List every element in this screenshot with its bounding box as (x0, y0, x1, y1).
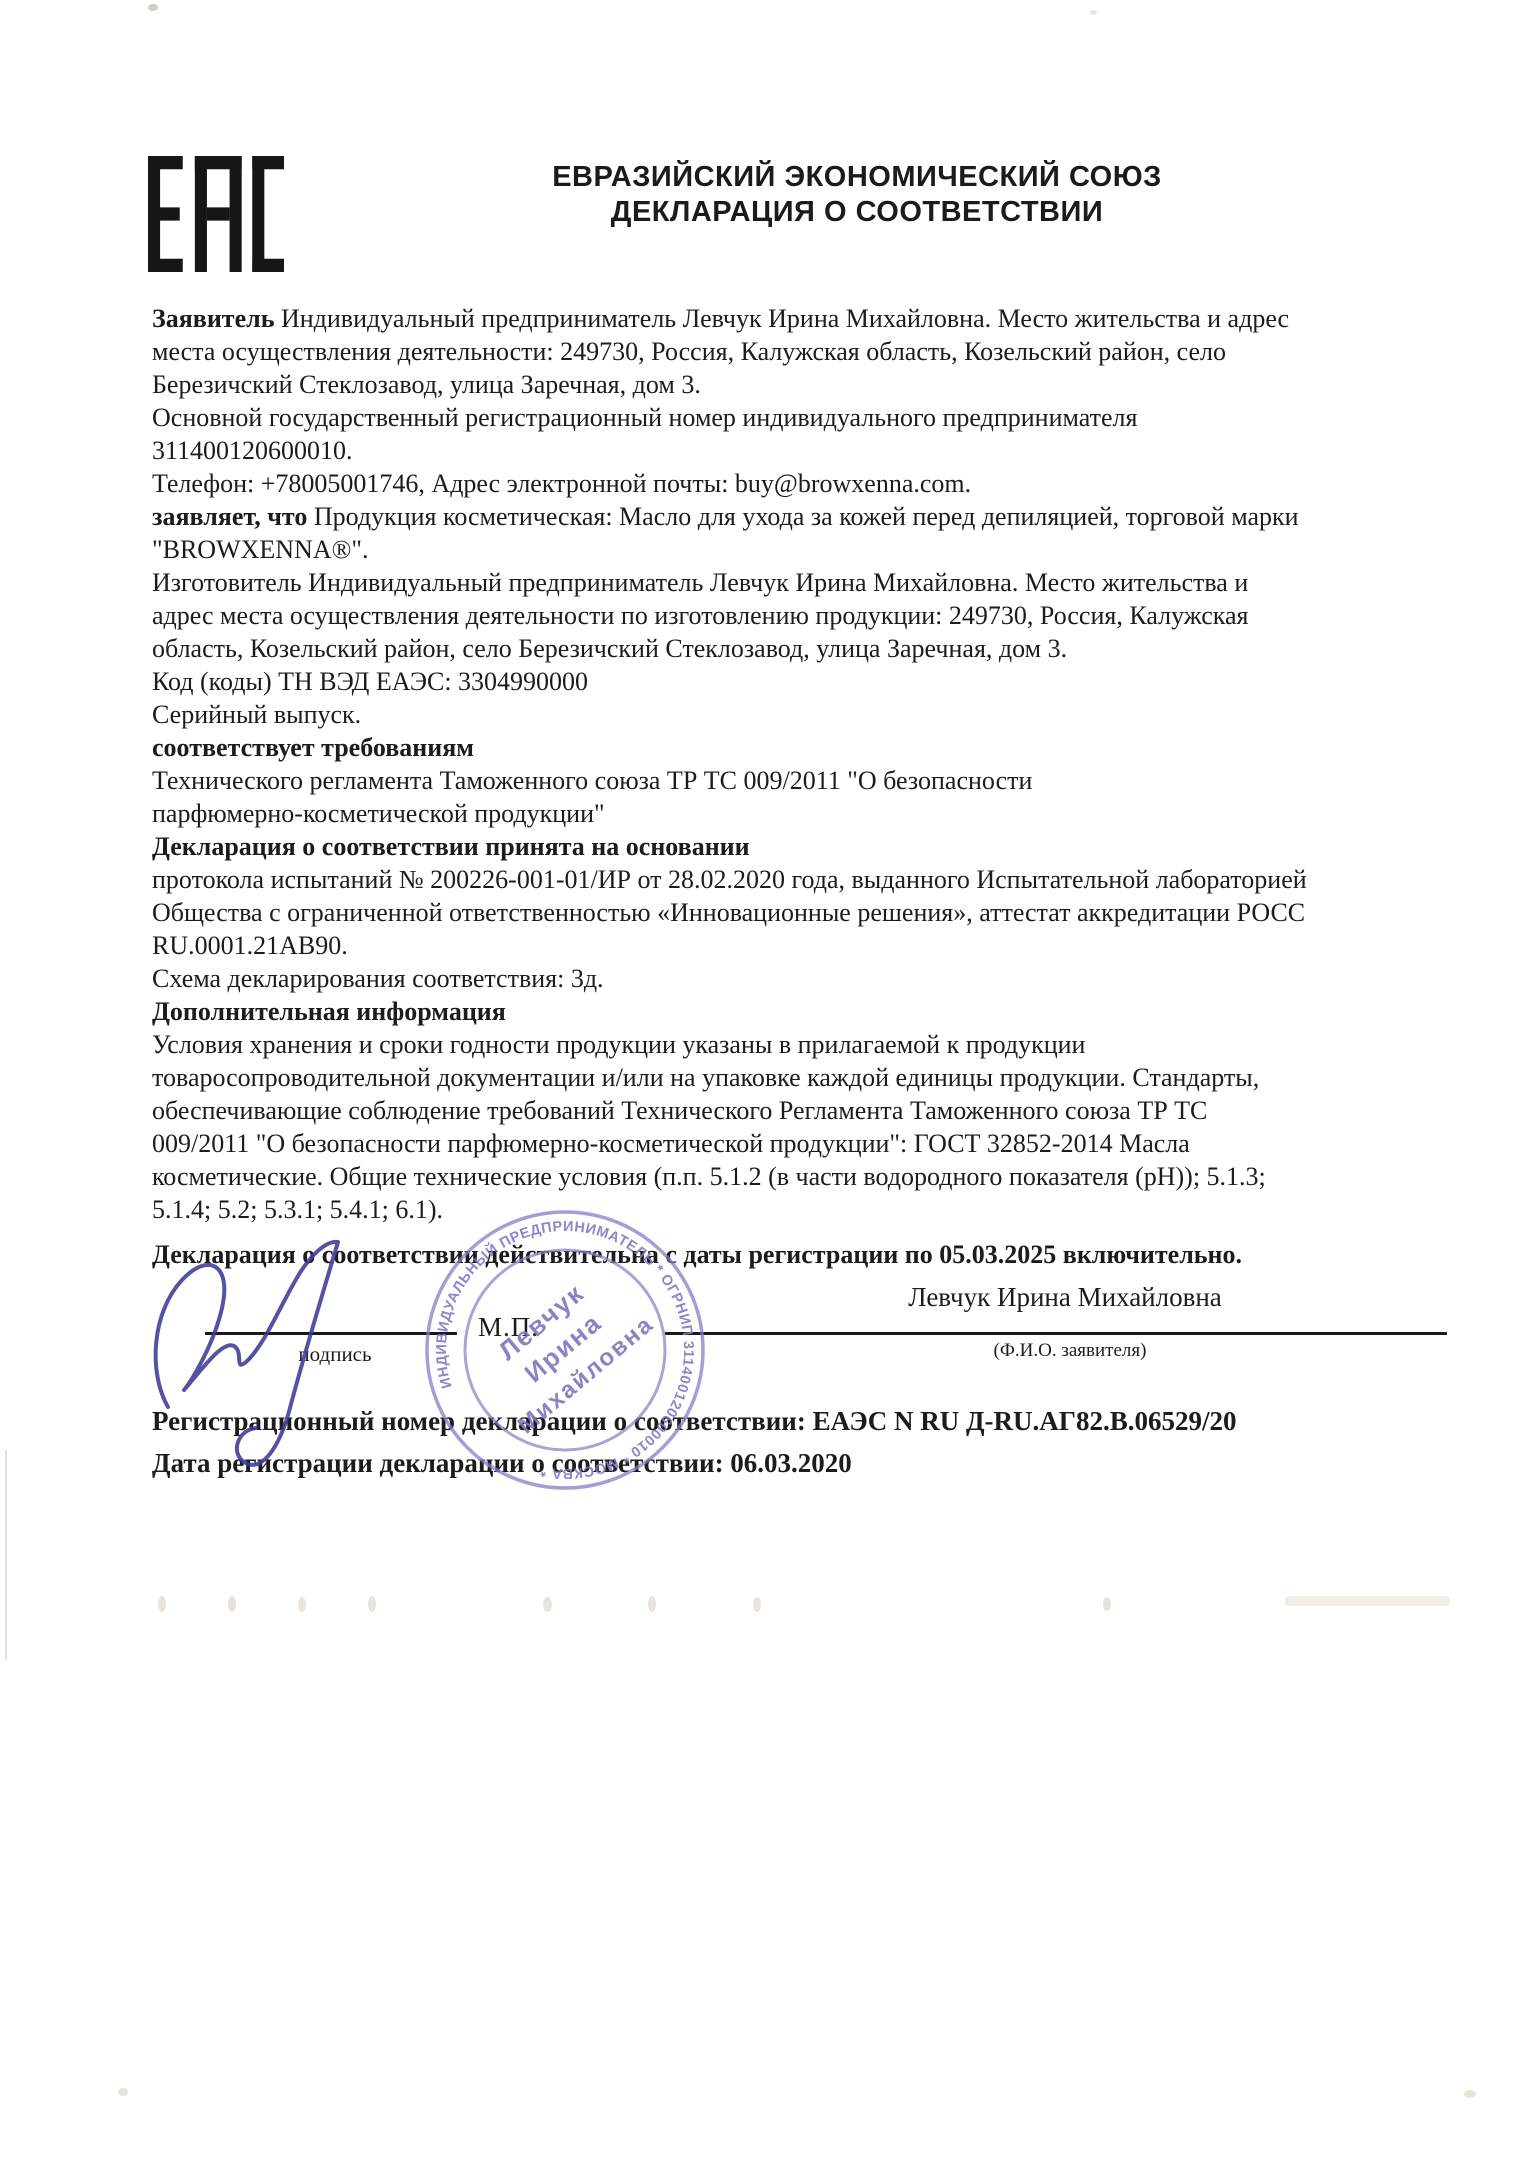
paragraph-run: Схема декларирования соответствия: 3д. (152, 964, 604, 993)
paragraph-run: Изготовитель Индивидуальный предпринимат… (152, 568, 1248, 597)
paragraph: Заявитель Индивидуальный предприниматель… (152, 302, 1424, 401)
declaration-document-page: ЕВРАЗИЙСКИЙ ЭКОНОМИЧЕСКИЙ СОЮЗ ДЕКЛАРАЦИ… (0, 0, 1526, 2160)
paragraph-run: адрес места осуществления деятельности п… (152, 601, 1249, 630)
eac-logo (148, 156, 284, 277)
signature-caption: подпись (255, 1342, 415, 1367)
paragraph-run: Технического регламента Таможенного союз… (152, 766, 1032, 795)
paragraph-run: Основной государственный регистрационный… (152, 403, 1138, 432)
paragraph-run: 5.1.4; 5.2; 5.3.1; 5.4.1; 6.1). (152, 1195, 443, 1224)
paragraph-run: Серийный выпуск. (152, 700, 361, 729)
paragraph-bold-run: Заявитель (152, 304, 281, 333)
paragraph-run: 311400120600010. (152, 436, 353, 465)
paragraph-bold-run: Декларация о соответствии принята на осн… (152, 832, 750, 861)
paragraph-run: Телефон: +78005001746, Адрес электронной… (152, 469, 971, 498)
title-line-2: ДЕКЛАРАЦИЯ О СООТВЕТСТВИИ (292, 195, 1422, 230)
paragraph-run: "BROWXENNA®". (152, 535, 368, 564)
paragraph-run: парфюмерно-косметической продукции" (152, 799, 605, 828)
paragraph: Основной государственный регистрационный… (152, 401, 1424, 467)
applicant-name-caption: (Ф.И.О. заявителя) (915, 1340, 1225, 1362)
paragraph-run: обеспечивающие соблюдение требований Тех… (152, 1096, 1207, 1125)
signature-line (205, 1332, 457, 1335)
title-line-1: ЕВРАЗИЙСКИЙ ЭКОНОМИЧЕСКИЙ СОЮЗ (292, 160, 1422, 195)
paragraph-run: Продукция косметическая: Масло для ухода… (314, 502, 1299, 531)
document-title: ЕВРАЗИЙСКИЙ ЭКОНОМИЧЕСКИЙ СОЮЗ ДЕКЛАРАЦИ… (292, 160, 1422, 230)
paragraph: Технического регламента Таможенного союз… (152, 764, 1424, 830)
paragraph-run: товаросопроводительной документации и/ил… (152, 1063, 1259, 1092)
paragraph: Схема декларирования соответствия: 3д. (152, 962, 1424, 995)
paragraph: соответствует требованиям (152, 731, 1424, 764)
paragraph: протокола испытаний № 200226-001-01/ИР о… (152, 863, 1424, 962)
paragraph-bold-run: заявляет, что (152, 502, 314, 531)
paragraph-run: Код (коды) ТН ВЭД ЕАЭС: 3304990000 (152, 667, 588, 696)
registration-number-line: Регистрационный номер декларации о соотв… (152, 1406, 1482, 1437)
paragraph-run: Березичский Стеклозавод, улица Заречная,… (152, 370, 701, 399)
validity-statement: Декларация о соответствии действительна … (152, 1238, 1424, 1271)
paragraph-run: область, Козельский район, село Березичс… (152, 634, 1067, 663)
paragraph-run: протокола испытаний № 200226-001-01/ИР о… (152, 865, 1307, 894)
paragraph: Серийный выпуск. (152, 698, 1424, 731)
paragraph: Условия хранения и сроки годности продук… (152, 1028, 1424, 1226)
paragraph: Код (коды) ТН ВЭД ЕАЭС: 3304990000 (152, 665, 1424, 698)
applicant-name: Левчук Ирина Михайловна (880, 1282, 1250, 1313)
paragraph-run: Индивидуальный предприниматель Левчук Ир… (281, 304, 1289, 333)
scan-edge-line (5, 1450, 7, 1660)
paragraph-run: Общества с ограниченной ответственностью… (152, 898, 1305, 927)
paragraph-run: RU.0001.21АВ90. (152, 931, 348, 960)
stamp-place-label: М.П. (478, 1312, 539, 1343)
paragraph: Телефон: +78005001746, Адрес электронной… (152, 467, 1424, 500)
body-paragraphs: Заявитель Индивидуальный предприниматель… (152, 302, 1424, 1226)
paragraph-bold-run: соответствует требованиям (152, 733, 474, 762)
paragraph-run: косметические. Общие технические условия… (152, 1162, 1266, 1191)
paragraph-run: места осуществления деятельности: 249730… (152, 337, 1226, 366)
paragraph: Декларация о соответствии принята на осн… (152, 830, 1424, 863)
paragraph-bold-run: Дополнительная информация (152, 997, 506, 1026)
registration-date-line: Дата регистрации декларации о соответств… (152, 1448, 1482, 1479)
fio-line (665, 1332, 1447, 1335)
paragraph: Дополнительная информация (152, 995, 1424, 1028)
paragraph: Изготовитель Индивидуальный предпринимат… (152, 566, 1424, 665)
paragraph: заявляет, что Продукция косметическая: М… (152, 500, 1424, 566)
paragraph-run: Условия хранения и сроки годности продук… (152, 1030, 1085, 1059)
paragraph-run: 009/2011 "О безопасности парфюмерно-косм… (152, 1129, 1190, 1158)
